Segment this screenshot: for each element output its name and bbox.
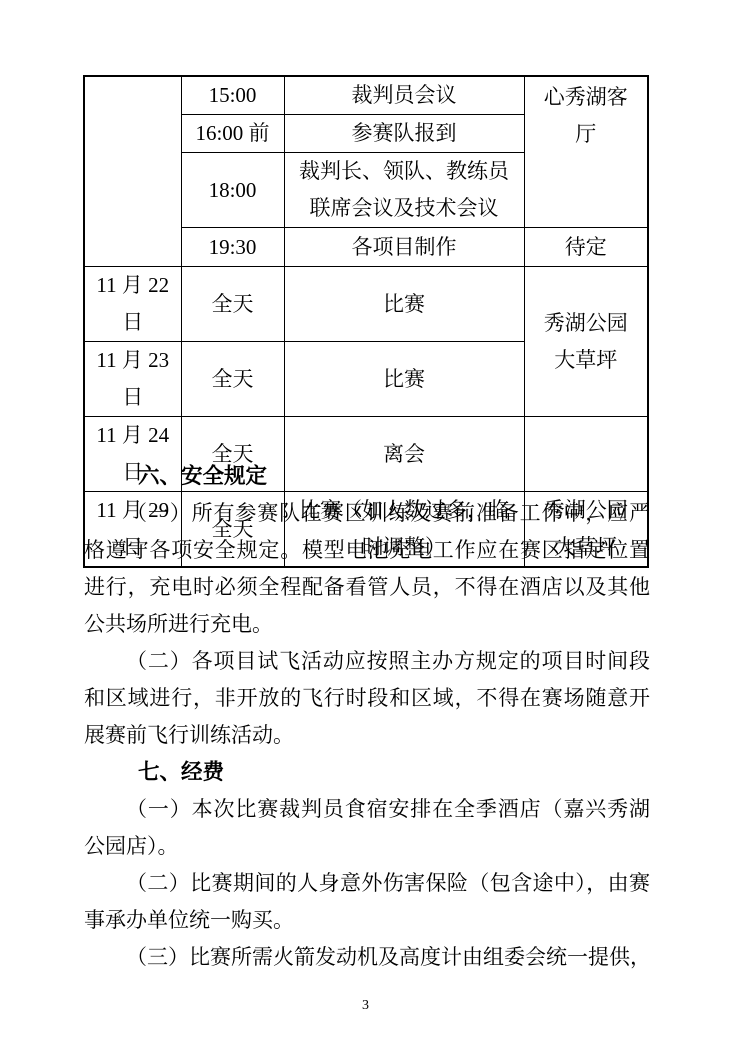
- cell-event: 裁判长、领队、教练员联席会议及技术会议: [284, 153, 524, 228]
- cell-date: [84, 76, 181, 267]
- cell-event: 各项目制作: [284, 228, 524, 267]
- document-page: 15:00 裁判员会议 心秀湖客厅 16:00 前 参赛队报到 18:00 裁判…: [0, 0, 731, 1055]
- cell-time: 全天: [181, 342, 284, 417]
- cell-time: 全天: [181, 267, 284, 342]
- table-row: 11 月 22 日 全天 比赛 秀湖公园大草坪: [84, 267, 648, 342]
- paragraph-budget-3: （三）比赛所需火箭发动机及高度计由组委会统一提供，: [84, 939, 650, 976]
- table-row: 15:00 裁判员会议 心秀湖客厅: [84, 76, 648, 115]
- cell-location: 秀湖公园大草坪: [524, 267, 648, 417]
- section-heading-budget: 七、经费: [84, 754, 650, 791]
- cell-date: 11 月 22 日: [84, 267, 181, 342]
- paragraph-budget-2: （二）比赛期间的人身意外伤害保险（包含途中），由赛事承办单位统一购买。: [84, 865, 650, 939]
- cell-location: 心秀湖客厅: [524, 76, 648, 228]
- page-number: 3: [0, 996, 731, 1016]
- cell-event: 参赛队报到: [284, 115, 524, 153]
- cell-event: 裁判员会议: [284, 76, 524, 115]
- cell-date: 11 月 23 日: [84, 342, 181, 417]
- paragraph-budget-1: （一）本次比赛裁判员食宿安排在全季酒店（嘉兴秀湖公园店）。: [84, 791, 650, 865]
- cell-location: 待定: [524, 228, 648, 267]
- cell-event: 比赛: [284, 342, 524, 417]
- cell-time: 19:30: [181, 228, 284, 267]
- paragraph-safety-1: （一）所有参赛队在赛区训练及赛前准备工作中，应严格遵守各项安全规定。模型电池充电…: [84, 495, 650, 643]
- cell-event: 比赛: [284, 267, 524, 342]
- section-heading-safety: 六、安全规定: [84, 458, 650, 495]
- cell-time: 16:00 前: [181, 115, 284, 153]
- cell-time: 18:00: [181, 153, 284, 228]
- cell-time: 15:00: [181, 76, 284, 115]
- paragraph-safety-2: （二）各项目试飞活动应按照主办方规定的项目时间段和区域进行，非开放的飞行时段和区…: [84, 643, 650, 754]
- document-body: 六、安全规定 （一）所有参赛队在赛区训练及赛前准备工作中，应严格遵守各项安全规定…: [84, 458, 650, 976]
